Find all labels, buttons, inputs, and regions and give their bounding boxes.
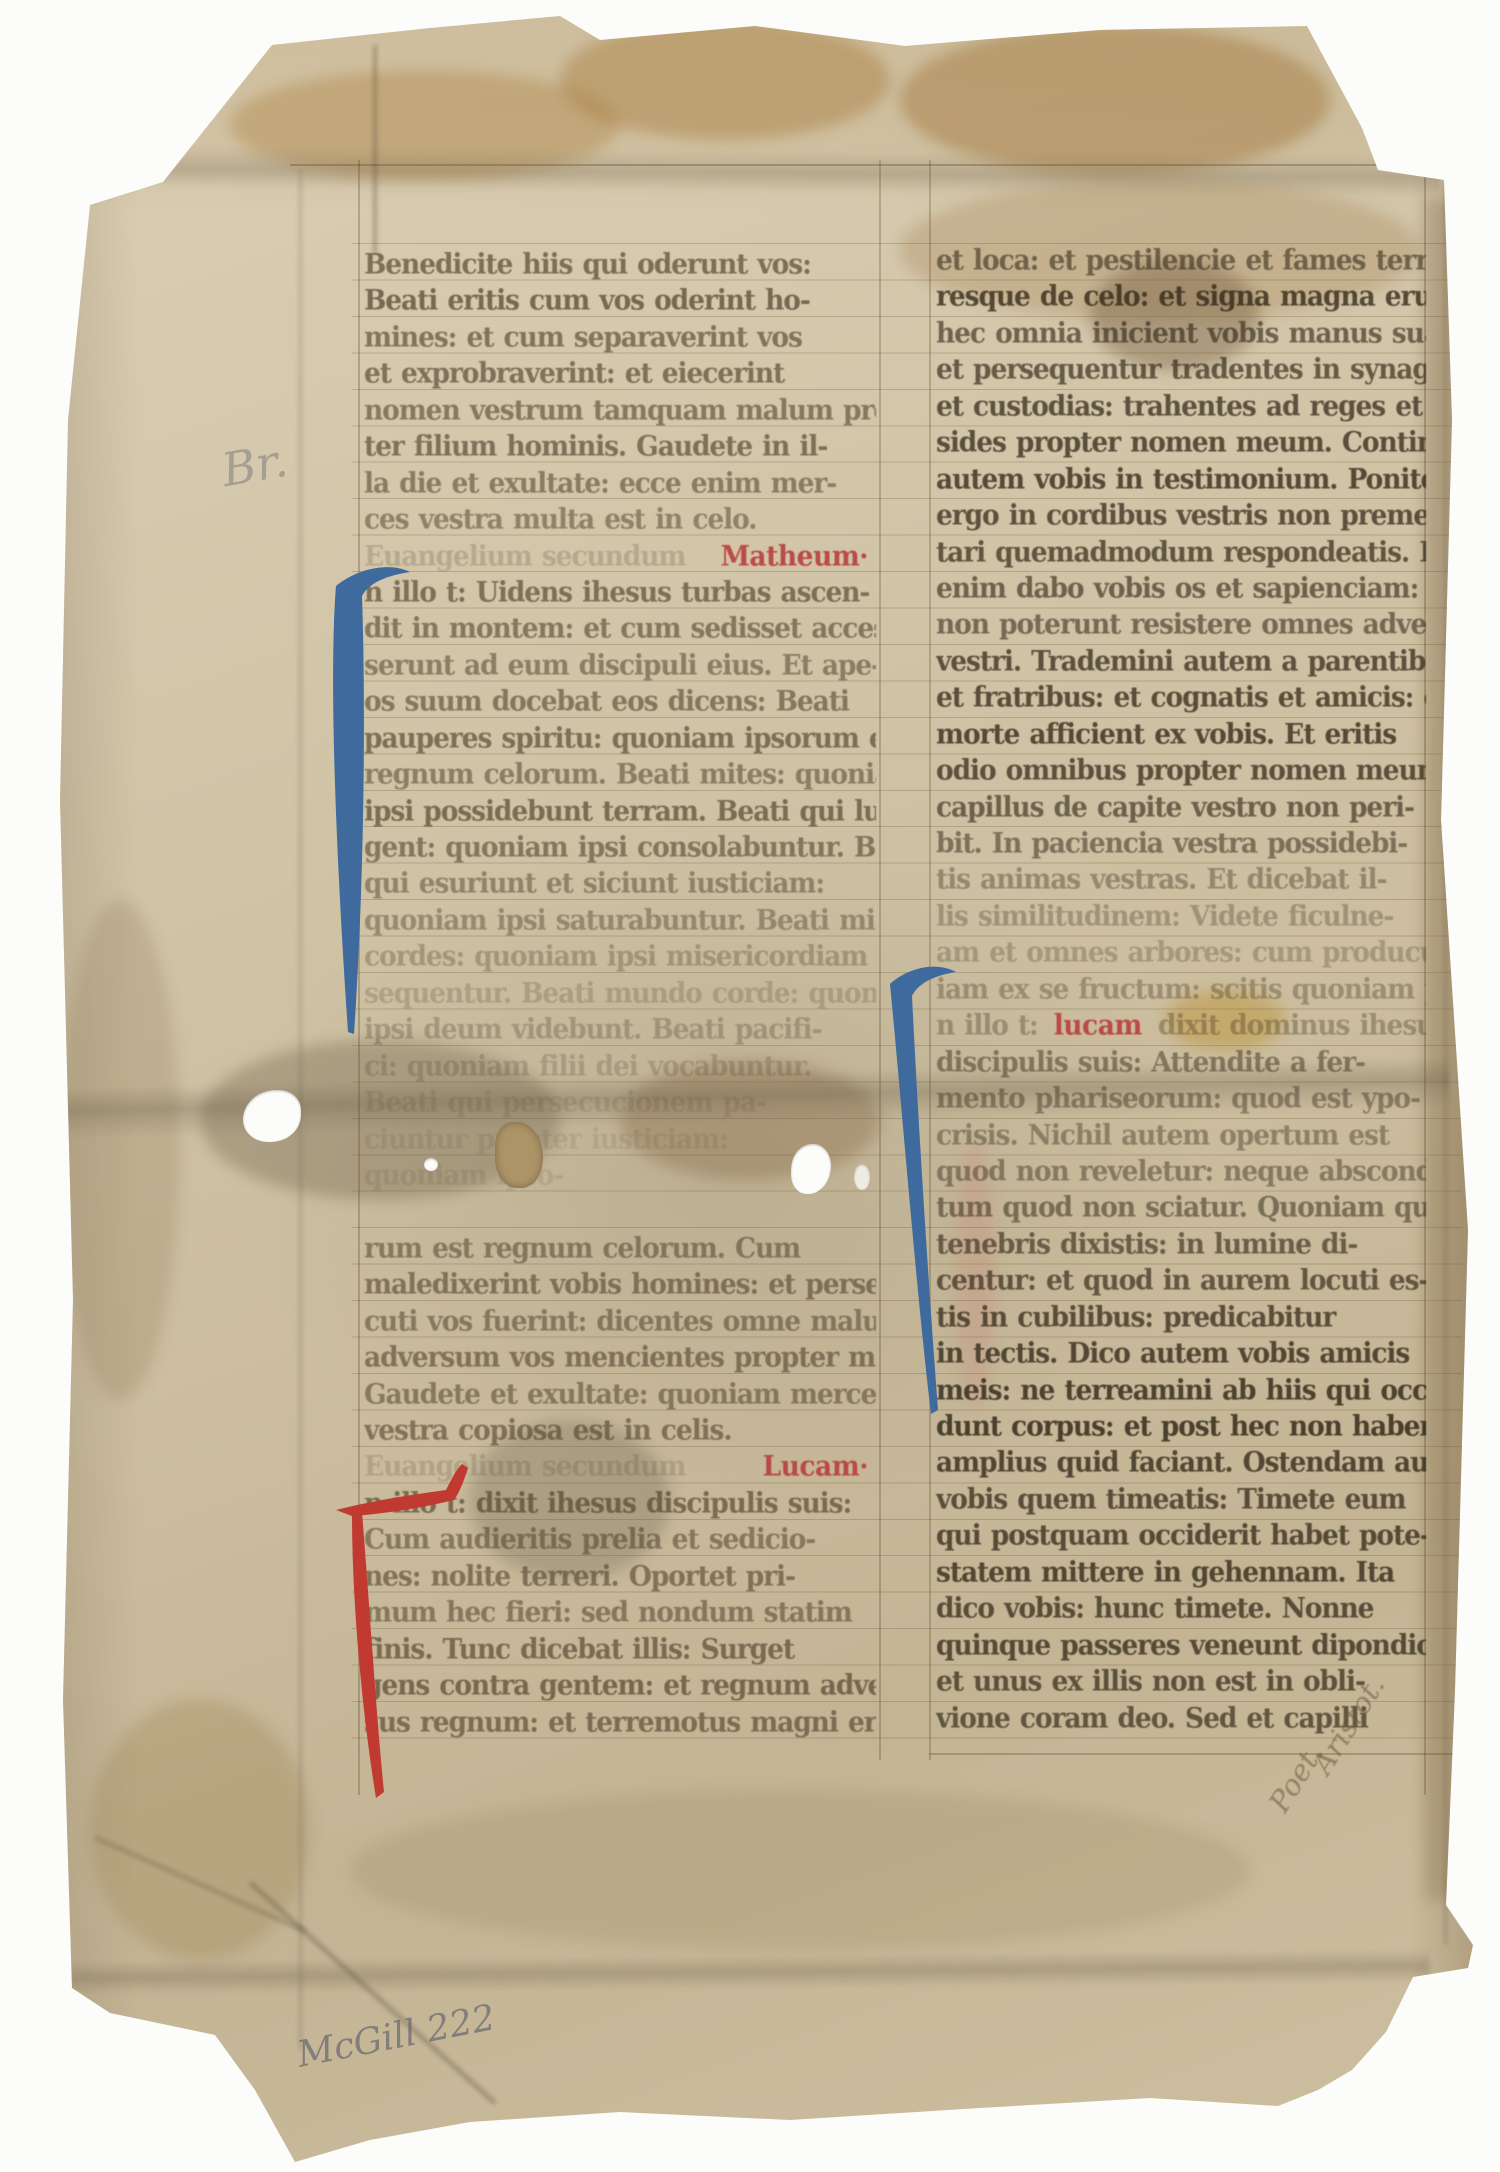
text-line: quinque passeres veneunt dipondio: [936, 1627, 1426, 1666]
gothic-text: amplius quid faciant. Ostendam autem [936, 1446, 1426, 1479]
text-line: os suum docebat eos dicens: Beati [364, 683, 876, 722]
text-line: serunt ad eum discipuli eius. Et ape- [364, 647, 876, 686]
gothic-text: hec omnia inicient vobis manus suas: [936, 317, 1426, 350]
text-line: tenebris dixistis: in lumine di- [936, 1226, 1426, 1265]
gothic-text: quinque passeres veneunt dipondio: [936, 1629, 1426, 1662]
gothic-text: os suum docebat eos dicens: Beati [364, 685, 849, 718]
gothic-text: tari quemadmodum respondeatis. Ego [936, 536, 1426, 569]
stain [560, 20, 890, 140]
gothic-text: odio omnibus propter nomen meum. Et [936, 754, 1426, 787]
text-line: non poterunt resistere omnes adversarii [936, 606, 1426, 645]
gothic-text: quoniam ipsi saturabuntur. Beati miseri- [364, 904, 876, 937]
text-line: dit in montem: et cum sedisset acces- [364, 610, 876, 649]
gothic-text: et fratribus: et cognatis et amicis: et [936, 681, 1426, 714]
gothic-text: discipulis suis: Attendite a fer- [936, 1046, 1365, 1079]
gothic-text: tis in cubilibus: predicabitur [936, 1301, 1335, 1334]
manuscript-photo: Benedicite hiis qui oderunt vos:Beati er… [0, 0, 1500, 2172]
gothic-text: Beati qui persecucionem pa- [364, 1086, 766, 1119]
initial-i-blue-left [318, 556, 418, 1048]
gothic-text: centur: et quod in aurem locuti es- [936, 1264, 1426, 1297]
text-line: ter filium hominis. Gaudete in il- [364, 428, 876, 467]
text-line: meis: ne terreamini ab hiis qui occi- [936, 1371, 1426, 1410]
gothic-text: tenebris dixistis: in lumine di- [936, 1228, 1357, 1261]
stain [900, 25, 1330, 175]
fold-crease [248, 1881, 497, 2106]
text-line: Gaudete et exultate: quoniam merces [364, 1375, 876, 1414]
text-line: tis in cubilibus: predicabitur [936, 1299, 1426, 1338]
text-line: capillus de capite vestro non peri- [936, 788, 1426, 827]
gothic-text: dit in montem: et cum sedisset acces- [364, 612, 876, 645]
text-line: am et omnes arbores: cum producunt [936, 934, 1426, 973]
stain [350, 1790, 1250, 1950]
text-line: Beati eritis cum vos oderint ho- [364, 282, 876, 321]
gothic-text: capillus de capite vestro non peri- [936, 791, 1414, 824]
text-line: cordes: quoniam ipsi misericordiam con- [364, 938, 876, 977]
gothic-text: Beati eritis cum vos oderint ho- [364, 284, 810, 317]
text-line: et fratribus: et cognatis et amicis: et [936, 679, 1426, 718]
text-line: bit. In paciencia vestra possidebi- [936, 825, 1426, 864]
text-line: sequentur. Beati mundo corde: quoniam [364, 975, 876, 1014]
text-line: sides propter nomen meum. Continget [936, 424, 1426, 463]
gothic-text: sides propter nomen meum. Continget [936, 426, 1426, 459]
text-line: Benedicite hiis qui oderunt vos: [364, 246, 876, 285]
text-line: et exprobraverint: et eiecerint [364, 355, 876, 394]
text-line: centur: et quod in aurem locuti es- [936, 1262, 1426, 1301]
text-line: morte afficient ex vobis. Et eritis [936, 716, 1426, 755]
gothic-text: resque de celo: et signa magna erunt. Se… [936, 280, 1426, 313]
gothic-text: bit. In paciencia vestra possidebi- [936, 827, 1407, 860]
text-column-right: et loca: et pestilencie et fames terro-r… [936, 243, 1426, 1737]
gothic-text: dico vobis: hunc timete. Nonne [936, 1592, 1373, 1625]
rubric-red: lucam [1054, 1007, 1142, 1046]
text-line: Beati qui persecucionem pa- [364, 1084, 876, 1123]
fold-crease [373, 45, 377, 255]
text-line: vobis quem timeatis: Timete eum [936, 1481, 1426, 1520]
hole-damage [424, 1158, 438, 1171]
fold-crease [70, 145, 1440, 197]
gothic-text: ces vestra multa est in celo. [364, 503, 756, 536]
gothic-text: et exprobraverint: et eiecerint [364, 357, 784, 390]
gothic-text: tis animas vestras. Et dicebat il- [936, 863, 1386, 896]
gothic-text: non poterunt resistere omnes adversarii [936, 608, 1426, 641]
text-line: cuti vos fuerint: dicentes omne malum [364, 1303, 876, 1342]
gothic-text: ipsi possidebunt terram. Beati qui lu- [364, 795, 876, 828]
pencil-corner-mark: Br. [218, 433, 292, 498]
gothic-text: ter filium hominis. Gaudete in il- [364, 430, 827, 463]
fold-crease [70, 1949, 1430, 1995]
gothic-text: dixit dominus ihesus [1158, 1007, 1426, 1046]
text-line: qui esuriunt et siciunt iusticiam: [364, 865, 876, 904]
hole-damage [243, 1090, 301, 1142]
text-line: la die et exultate: ecce enim mer- [364, 465, 876, 504]
text-line: qui postquam occiderit habet pote- [936, 1517, 1426, 1556]
text-line: ipsi deum videbunt. Beati pacifi- [364, 1011, 876, 1050]
gothic-text: sequentur. Beati mundo corde: quoniam [364, 977, 876, 1010]
text-line: vestra copiosa est in celis. [364, 1412, 876, 1451]
gothic-text: rum est regnum celorum. Cum [364, 1232, 800, 1265]
text-line: ipsi possidebunt terram. Beati qui lu- [364, 792, 876, 831]
gothic-text: et persequentur tradentes in synagogas [936, 353, 1426, 386]
gothic-text: quod non reveletur: neque abscondi- [936, 1155, 1426, 1188]
text-line: tis animas vestras. Et dicebat il- [936, 861, 1426, 900]
gothic-text: vione coram deo. Sed et capilli [936, 1702, 1368, 1735]
gothic-text: in tectis. Dico autem vobis amicis [936, 1337, 1409, 1370]
text-line: dunt corpus: et post hec non habent [936, 1408, 1426, 1447]
gothic-text: tum quod non sciatur. Quoniam que in [936, 1191, 1426, 1224]
rubric-red: Matheum· [721, 537, 868, 576]
text-line: et loca: et pestilencie et fames terro- [936, 242, 1426, 281]
text-line: nomen vestrum tamquam malum prop- [364, 392, 876, 431]
rubric-red: Lucam· [763, 1448, 868, 1487]
text-line: regnum celorum. Beati mites: quoniam [364, 756, 876, 795]
text-line: vestri. Trademini autem a parentibus [936, 643, 1426, 682]
initial-i-red-left [326, 1462, 476, 1812]
text-line: amplius quid faciant. Ostendam autem [936, 1444, 1426, 1483]
gothic-text: ciuntur propter iusticiam: [364, 1123, 728, 1156]
gothic-text: maledixerint vobis homines: et perse- [364, 1268, 876, 1301]
stain [90, 1700, 310, 1960]
initial-i-blue-right [876, 958, 966, 1444]
text-line: dico vobis: hunc timete. Nonne [936, 1590, 1426, 1629]
hole-damage [854, 1164, 870, 1190]
gothic-text: et unus ex illis non est in obli- [936, 1665, 1365, 1698]
text-line: in tectis. Dico autem vobis amicis [936, 1335, 1426, 1374]
gothic-text: autem vobis in testimonium. Ponite [936, 463, 1426, 496]
gothic-text: am et omnes arbores: cum producunt [936, 936, 1426, 969]
text-line: resque de celo: et signa magna erunt. Se… [936, 278, 1426, 317]
text-line: et custodias: trahentes ad reges et pre- [936, 388, 1426, 427]
pencil-shelfmark: McGill 222 [294, 1997, 499, 2076]
gothic-text: et custodias: trahentes ad reges et pre- [936, 390, 1426, 423]
text-line: maledixerint vobis homines: et perse- [364, 1266, 876, 1305]
gothic-text: cordes: quoniam ipsi misericordiam con- [364, 940, 876, 973]
gothic-text: serunt ad eum discipuli eius. Et ape- [364, 649, 876, 682]
text-line: iam ex se fructum: scitis quoniam prope [936, 971, 1426, 1010]
text-line: quoniam ipsi saturabuntur. Beati miseri- [364, 902, 876, 941]
gothic-text: gent: quoniam ipsi consolabuntur. Beati [364, 831, 876, 864]
text-line: pauperes spiritu: quoniam ipsorum est [364, 720, 876, 759]
gothic-text: meis: ne terreamini ab hiis qui occi- [936, 1374, 1426, 1407]
text-line: adversum vos mencientes propter me: [364, 1339, 876, 1378]
text-line: n illo t:lucamdixit dominus ihesus [936, 1007, 1426, 1046]
gothic-text: cuti vos fuerint: dicentes omne malum [364, 1305, 876, 1338]
text-line: statem mittere in gehennam. Ita [936, 1554, 1426, 1593]
text-line: ces vestra multa est in celo. [364, 501, 876, 540]
text-line: tari quemadmodum respondeatis. Ego [936, 533, 1426, 572]
gothic-text: iam ex se fructum: scitis quoniam prope [936, 973, 1426, 1006]
gothic-text: ipsi deum videbunt. Beati pacifi- [364, 1013, 821, 1046]
text-line: crisis. Nichil autem opertum est [936, 1116, 1426, 1155]
gothic-text: la die et exultate: ecce enim mer- [364, 467, 836, 500]
gothic-text: n illo t: Uidens ihesus turbas ascen- [364, 576, 869, 609]
ruling-line-top [290, 164, 1462, 166]
text-line: n illo t: Uidens ihesus turbas ascen- [364, 574, 876, 613]
gothic-text: vobis quem timeatis: Timete eum [936, 1483, 1405, 1516]
gothic-text: ci: quoniam filii dei vocabuntur. [364, 1050, 811, 1083]
text-line: ci: quoniam filii dei vocabuntur. [364, 1048, 876, 1087]
fold-crease [94, 1835, 306, 1933]
stain [0, 755, 45, 795]
gothic-text: pauperes spiritu: quoniam ipsorum est [364, 722, 876, 755]
text-line: autem vobis in testimonium. Ponite [936, 461, 1426, 500]
gothic-text: morte afficient ex vobis. Et eritis [936, 718, 1396, 751]
ruling-line-bottom [929, 1753, 1462, 1755]
text-line: quod non reveletur: neque abscondi- [936, 1153, 1426, 1192]
gothic-text: nomen vestrum tamquam malum prop- [364, 394, 876, 427]
gothic-text: qui postquam occiderit habet pote- [936, 1519, 1426, 1552]
text-line: mines: et cum separaverint vos [364, 319, 876, 358]
gothic-text: regnum celorum. Beati mites: quoniam [364, 758, 876, 791]
gothic-text: vestra copiosa est in celis. [364, 1414, 731, 1447]
gothic-text: et loca: et pestilencie et fames terro- [936, 244, 1426, 277]
text-line: enim dabo vobis os et sapienciam: cui [936, 570, 1426, 609]
gothic-text: Benedicite hiis qui oderunt vos: [364, 248, 811, 281]
gothic-text: ergo in cordibus vestris non premedi- [936, 499, 1426, 532]
gothic-text: statem mittere in gehennam. Ita [936, 1556, 1394, 1589]
text-line: odio omnibus propter nomen meum. Et [936, 752, 1426, 791]
text-line [364, 1193, 876, 1232]
text-line: discipulis suis: Attendite a fer- [936, 1044, 1426, 1083]
gothic-text: mines: et cum separaverint vos [364, 321, 802, 354]
gothic-text: vestri. Trademini autem a parentibus [936, 645, 1426, 678]
gothic-text: mento phariseorum: quod est ypo- [936, 1082, 1420, 1115]
text-line: lis similitudinem: Videte ficulne- [936, 898, 1426, 937]
stain [60, 900, 180, 1400]
text-line: tum quod non sciatur. Quoniam que in [936, 1189, 1426, 1228]
gothic-text: crisis. Nichil autem opertum est [936, 1119, 1389, 1152]
gothic-text: lis similitudinem: Videte ficulne- [936, 900, 1393, 933]
text-line: ergo in cordibus vestris non premedi- [936, 497, 1426, 536]
gothic-text: Gaudete et exultate: quoniam merces [364, 1378, 876, 1411]
text-line: mento phariseorum: quod est ypo- [936, 1080, 1426, 1119]
text-line: rum est regnum celorum. Cum [364, 1230, 876, 1269]
text-line: gent: quoniam ipsi consolabuntur. Beati [364, 829, 876, 868]
text-line: Euangelium secundumMatheum· [364, 537, 876, 576]
gothic-text: adversum vos mencientes propter me: [364, 1341, 876, 1374]
text-line: et persequentur tradentes in synagogas [936, 351, 1426, 390]
parchment-leaf: Benedicite hiis qui oderunt vos:Beati er… [0, 0, 1500, 2172]
gothic-text: dunt corpus: et post hec non habent [936, 1410, 1426, 1443]
gothic-text: enim dabo vobis os et sapienciam: cui [936, 572, 1426, 605]
text-line: hec omnia inicient vobis manus suas: [936, 315, 1426, 354]
gothic-text: qui esuriunt et siciunt iusticiam: [364, 867, 824, 900]
